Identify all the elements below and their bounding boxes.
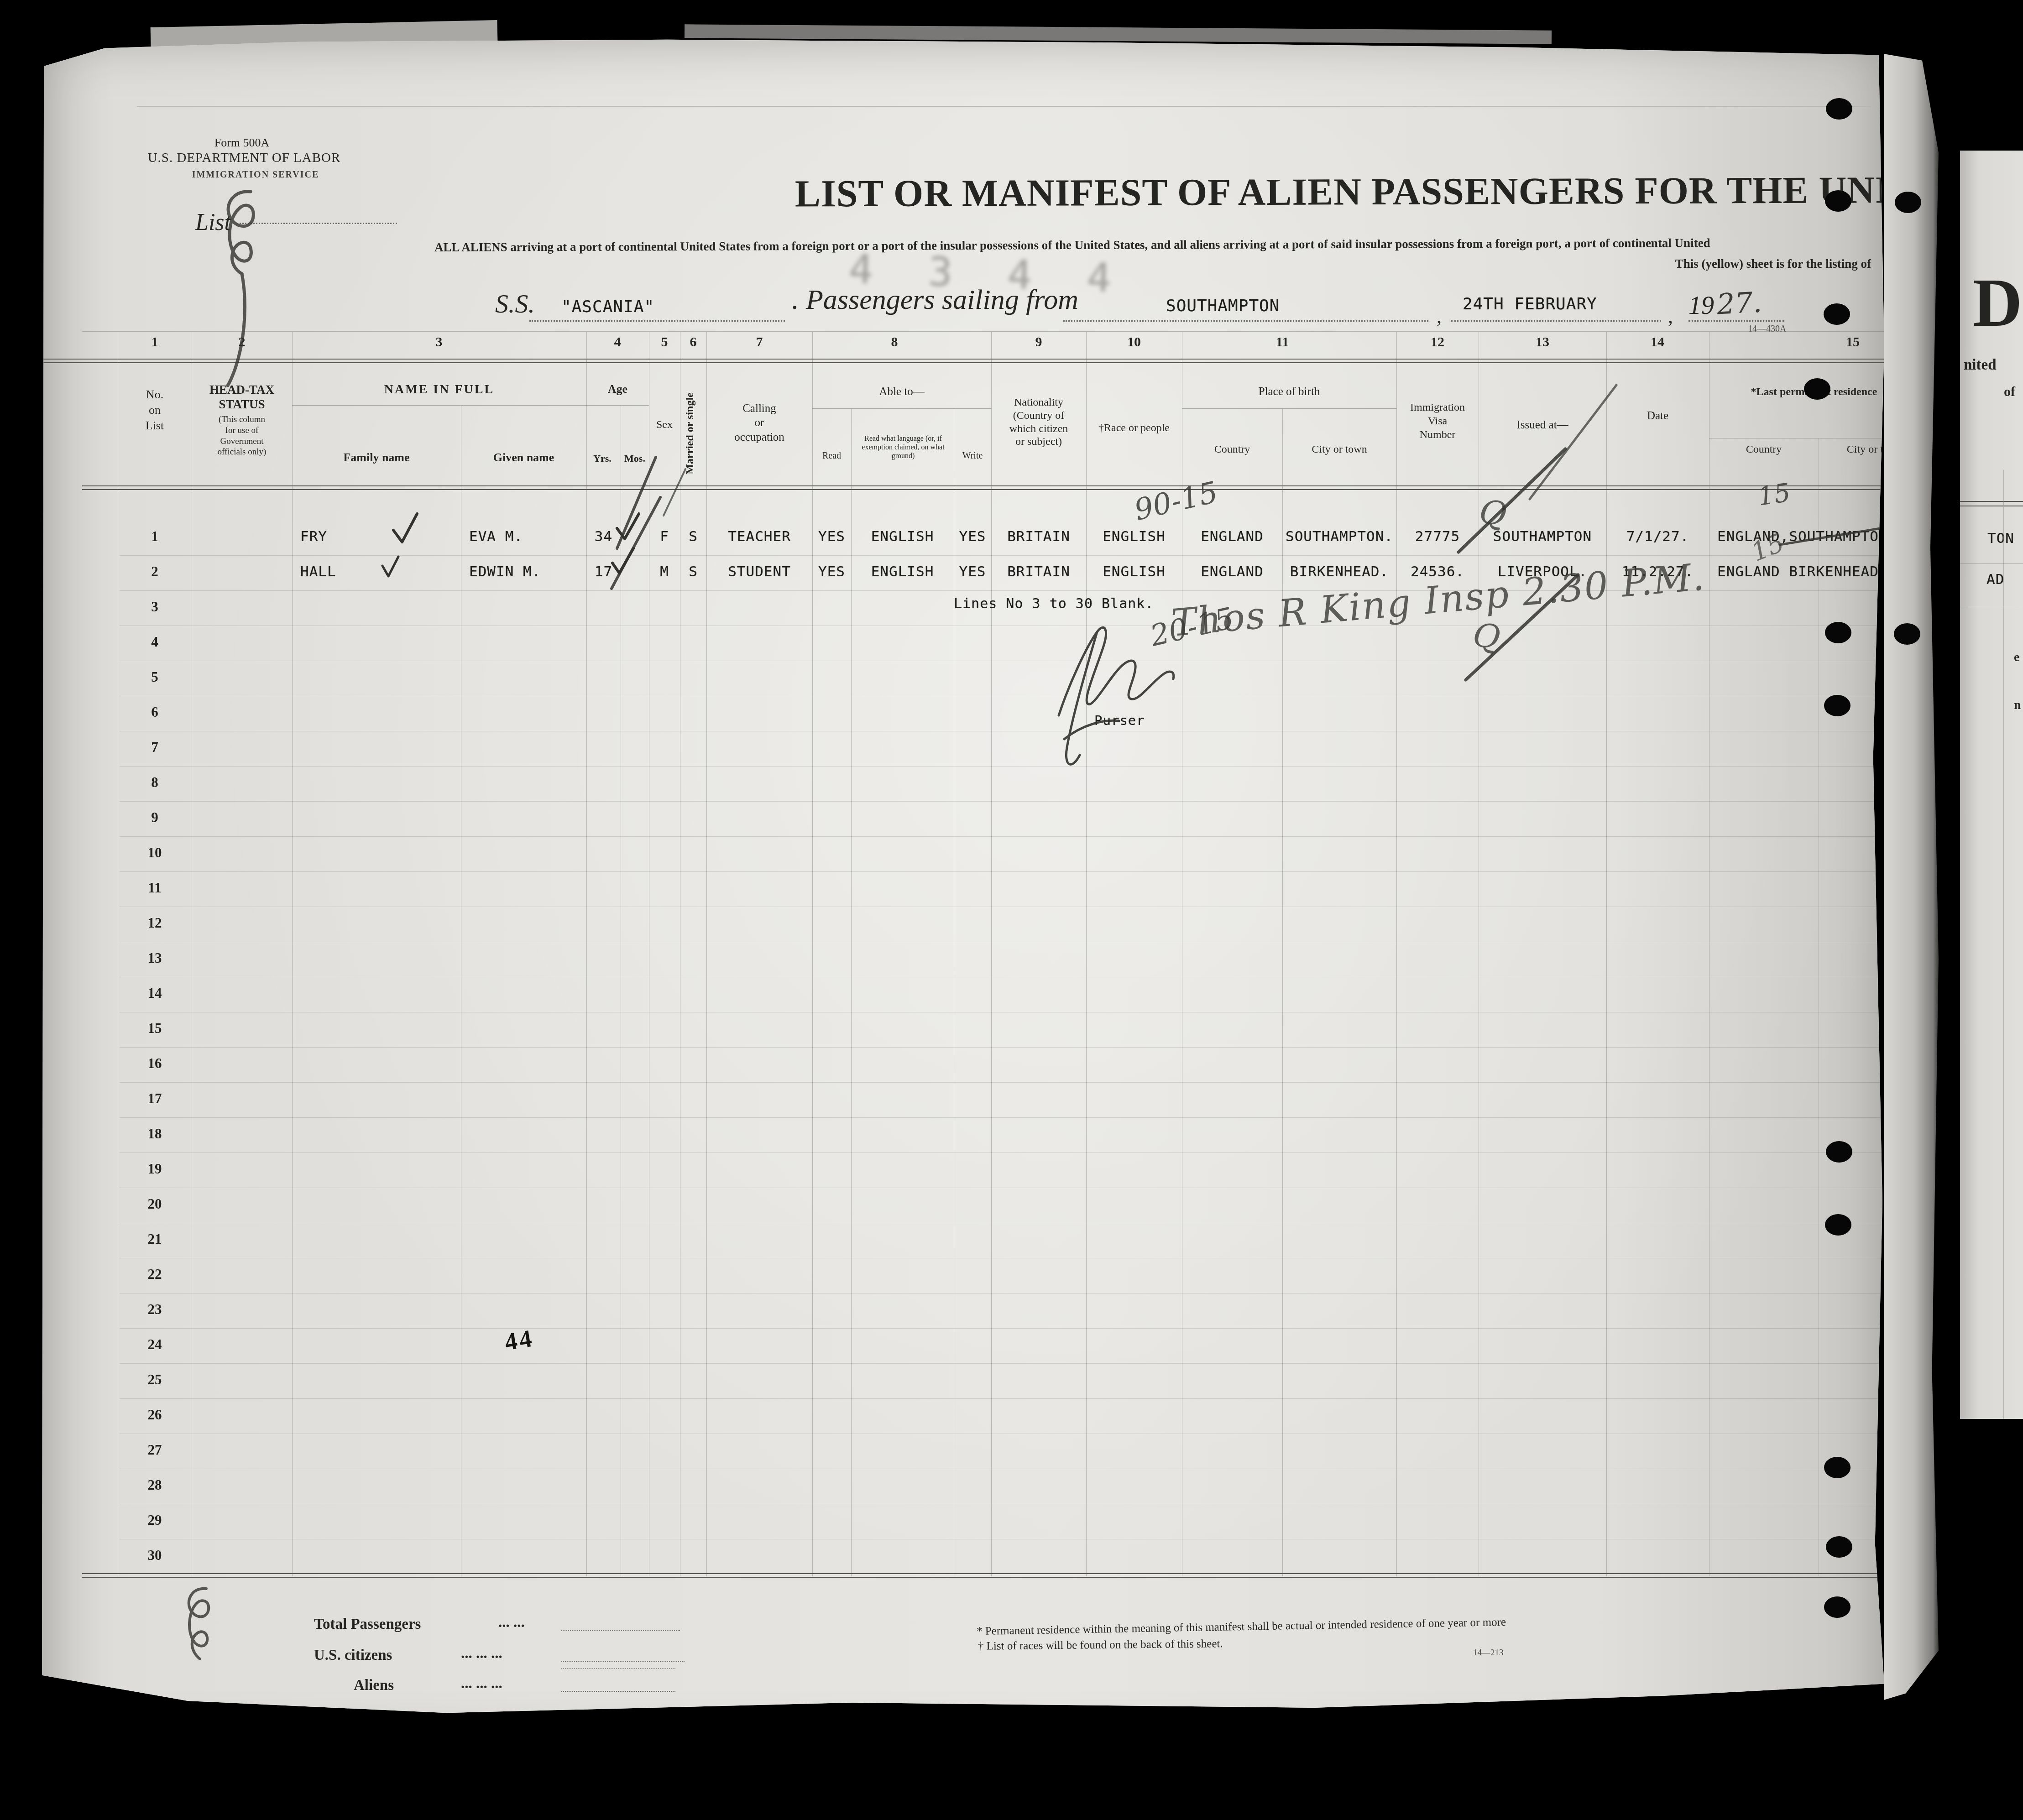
row-2-family: HALL — [292, 563, 469, 580]
row-number: 7 — [118, 739, 192, 756]
blank-lines-note: Lines No 3 to 30 Blank. — [954, 596, 1154, 612]
us-line — [561, 1661, 685, 1662]
header-date: Date — [1606, 410, 1709, 422]
list-number-8-bottom-script — [189, 1589, 209, 1659]
next-page-title-fragment: D — [1973, 264, 2022, 342]
row-2-read: YES — [812, 563, 851, 580]
row-number: 4 — [118, 634, 192, 650]
column-number: 12 — [1410, 334, 1465, 350]
row-rule — [120, 766, 1885, 767]
header-residence-country: Country — [1709, 443, 1819, 456]
header-sex: Sex — [649, 419, 680, 431]
header-read: Read — [812, 451, 851, 461]
year-handwritten: 27. — [1716, 285, 1762, 321]
group-underline — [812, 408, 991, 409]
row-number: 28 — [118, 1477, 192, 1493]
column-rule — [812, 332, 813, 1576]
row-2-given: EDWIN M. — [461, 563, 595, 580]
column-rule — [192, 332, 192, 1576]
page-curl-edge — [1884, 54, 1939, 1700]
row-rule — [120, 1293, 1885, 1293]
column-number: 3 — [412, 334, 466, 350]
list-dotted-line — [240, 223, 397, 224]
next-page-sliver: D nited of TON AD e n — [1960, 151, 2023, 1419]
row-number: 19 — [118, 1161, 192, 1177]
next-page-value-fragment: TON — [1987, 530, 2014, 547]
row-number: 14 — [118, 985, 192, 1001]
next-page-text-fragment: of — [2004, 384, 2015, 400]
punch-hole — [1825, 1214, 1851, 1236]
column-number: 8 — [867, 334, 922, 350]
row-number: 24 — [118, 1336, 192, 1353]
punch-hole — [1824, 1596, 1850, 1618]
row-2-race: ENGLISH — [1086, 563, 1182, 580]
row-number: 16 — [118, 1055, 192, 1072]
table-top-rule — [82, 331, 1885, 332]
port-dotted-line — [1063, 320, 1428, 322]
row-number: 3 — [118, 599, 192, 615]
header-birth-city: City or town — [1282, 443, 1396, 456]
row-1-ms: S — [680, 528, 706, 545]
row-1-yrs: 34 — [586, 528, 621, 545]
service-name: IMMIGRATION SERVICE — [192, 170, 319, 180]
row-2-calling: STUDENT — [706, 563, 812, 580]
row-number: 30 — [118, 1547, 192, 1564]
row-2-write: YES — [954, 563, 991, 580]
header-headtax-note: (This column for use of Government offic… — [192, 414, 292, 458]
row-1-family: FRY — [292, 528, 469, 545]
column-number: 2 — [214, 334, 269, 350]
residence-mark-row1: 15 — [1756, 478, 1793, 511]
row-number: 6 — [118, 704, 192, 720]
row-rule — [120, 1223, 1885, 1223]
subcolumn-rule — [1819, 438, 1819, 1576]
list-label: List — [195, 209, 231, 236]
row-number: 22 — [118, 1266, 192, 1283]
row-rule — [120, 942, 1885, 942]
column-rule — [706, 332, 707, 1576]
row-rule — [120, 1012, 1885, 1012]
column-number: 9 — [1011, 334, 1066, 350]
row-2-b_country: ENGLAND — [1182, 563, 1282, 580]
page-title: LIST OR MANIFEST OF ALIEN PASSENGERS FOR… — [795, 168, 1971, 216]
row-number: 8 — [118, 774, 192, 791]
row-1-date: 7/1/27. — [1606, 528, 1709, 545]
header-nationality: Nationality (Country of which citizen or… — [991, 396, 1086, 448]
total-passengers-label: Total Passengers — [314, 1616, 421, 1633]
next-page-rule — [1960, 563, 2023, 564]
group-underline — [1182, 408, 1396, 409]
header-name-in-full: NAME IN FULL — [292, 382, 586, 397]
row-rule — [120, 1539, 1885, 1539]
row-1-write: YES — [954, 528, 991, 545]
column-rule — [1086, 332, 1087, 1576]
row-1-lang: ENGLISH — [851, 528, 954, 545]
row-rule — [120, 1152, 1885, 1153]
sheet-top-edge — [137, 106, 1871, 107]
row-rule — [120, 1188, 1885, 1188]
header-place-of-birth: Place of birth — [1182, 386, 1396, 398]
column-rule — [1396, 332, 1397, 1576]
punch-hole — [1826, 98, 1852, 120]
row-rule — [120, 801, 1885, 802]
header-family-name: Family name — [292, 451, 461, 464]
row-rule — [120, 871, 1885, 872]
subcolumn-rule — [621, 405, 621, 1576]
next-page-rule — [1960, 506, 2023, 506]
punch-hole — [1826, 1141, 1852, 1163]
row-number: 20 — [118, 1196, 192, 1212]
column-rule — [292, 332, 293, 1576]
comma: , — [1668, 305, 1673, 328]
row-1-read: YES — [812, 528, 851, 545]
column-rule — [1182, 332, 1182, 1576]
pen-slash-header-issued — [1530, 385, 1616, 499]
column-rule — [1606, 332, 1607, 1576]
header-married-or-single: Married or single — [684, 365, 702, 502]
row-number: 5 — [118, 669, 192, 685]
header-read-language: Read what language (or, if exemption cla… — [854, 434, 952, 461]
subcolumn-rule — [954, 408, 954, 1576]
year-dotted-line — [1688, 320, 1784, 322]
row-rule — [120, 661, 1885, 661]
form-code-bottom: 14—213 — [1473, 1648, 1504, 1658]
column-number: 1 — [127, 334, 182, 350]
visa-mark-row2: Q — [1470, 615, 1503, 657]
column-rule — [649, 332, 649, 1576]
aliens-line — [561, 1691, 675, 1692]
row-rule — [120, 626, 1885, 626]
double-rule — [82, 485, 1885, 486]
header-yrs: Yrs. — [584, 453, 621, 464]
column-rule — [991, 332, 992, 1576]
header-no-on-list: No. on List — [118, 387, 192, 433]
row-rule — [120, 1328, 1885, 1329]
punch-hole — [1826, 1536, 1852, 1558]
row-2-nat: BRITAIN — [991, 563, 1086, 580]
department-name: U.S. DEPARTMENT OF LABOR — [137, 151, 351, 166]
row-rule — [120, 1258, 1885, 1258]
row-number: 12 — [118, 915, 192, 931]
row-rule — [120, 907, 1885, 907]
group-underline — [1709, 438, 1885, 438]
row-2-ms: S — [680, 563, 706, 580]
row-1-b_city: SOUTHAMPTON. — [1282, 528, 1396, 545]
row-number: 2 — [118, 563, 192, 580]
header-visa-number: Immigration Visa Number — [1396, 401, 1479, 442]
row-1-visa: 27775 — [1396, 528, 1479, 545]
punch-hole — [1824, 695, 1850, 716]
header-headtax: HEAD-TAX STATUS — [192, 382, 292, 412]
punch-hole — [1825, 190, 1851, 212]
next-page-value-fragment: AD — [1986, 571, 2004, 588]
next-page-text-fragment: e — [2014, 650, 2019, 665]
column-rule — [680, 332, 680, 1576]
next-page-text-fragment: nited — [1964, 357, 1997, 374]
row-rule — [120, 696, 1885, 696]
aliens-label: Aliens — [354, 1677, 394, 1694]
double-rule — [82, 1573, 1885, 1574]
row-rule — [120, 731, 1885, 731]
row-rule — [120, 1082, 1885, 1083]
purser-label: Purser — [1094, 713, 1145, 728]
double-rule — [82, 489, 1885, 490]
row-number: 23 — [118, 1301, 192, 1318]
footnote-races: † List of races will be found on the bac… — [978, 1637, 1223, 1653]
subcolumn-rule — [851, 408, 852, 1576]
header-write: Write — [953, 451, 992, 461]
row-rule — [120, 1434, 1885, 1434]
double-rule — [82, 1577, 1885, 1578]
date-dotted-line — [1451, 320, 1661, 322]
footnote-permanent-residence: * Permanent residence within the meaning… — [977, 1616, 1506, 1638]
row-number: 1 — [118, 528, 192, 545]
pen-slash-header-sex — [664, 469, 685, 516]
next-page-text-fragment: n — [2014, 698, 2021, 713]
row-rule — [120, 1398, 1885, 1399]
aliens-dots: ... ... ... — [461, 1675, 502, 1692]
punch-hole — [1824, 303, 1850, 325]
comma: , — [1437, 305, 1442, 328]
row-2-yrs: 17 — [586, 563, 621, 580]
subtitle-line1: ALL ALIENS arriving at a port of contine… — [434, 236, 1710, 255]
subtitle-line2: This (yellow) sheet is for the listing o… — [1323, 257, 1871, 271]
row-2-lang: ENGLISH — [851, 563, 954, 580]
ship-name: "ASCANIA" — [561, 297, 654, 316]
row-rule — [120, 836, 1885, 837]
port-name: SOUTHAMPTON — [1166, 297, 1280, 315]
punch-hole — [1804, 378, 1830, 400]
headtax-annotation-row1: 90-15 — [1131, 475, 1221, 527]
total-line — [561, 1630, 680, 1631]
column-number: 15 — [1825, 334, 1880, 350]
row-number: 18 — [118, 1126, 192, 1142]
header-mos: Mos. — [620, 453, 650, 464]
row-number: 10 — [118, 845, 192, 861]
us-line2 — [561, 1668, 675, 1669]
form-number: Form 500A — [192, 136, 292, 150]
row-2-b_city: BIRKENHEAD. — [1282, 563, 1396, 580]
list-number-8-script — [228, 192, 253, 386]
column-number: 6 — [666, 334, 721, 350]
subcolumn-rule — [461, 405, 461, 1576]
row-number: 27 — [118, 1442, 192, 1458]
header-given-name: Given name — [461, 451, 586, 464]
year-printed: 19 — [1688, 291, 1714, 320]
row-number: 17 — [118, 1090, 192, 1107]
us-citizens-label: U.S. citizens — [314, 1647, 392, 1664]
row-1-race: ENGLISH — [1086, 528, 1182, 545]
column-number: 11 — [1255, 334, 1310, 350]
sailing-date: 24TH FEBRUARY — [1463, 295, 1597, 313]
header-issued-at: Issued at— — [1479, 419, 1606, 432]
row-rule — [120, 1469, 1885, 1469]
row-rule — [120, 1363, 1885, 1364]
form-code-top: 14—430A — [1748, 324, 1786, 334]
column-rule — [1709, 332, 1709, 1576]
next-page-rule — [1960, 501, 2023, 502]
stamp-44: 44 — [503, 1324, 536, 1356]
header-able-to: Able to— — [812, 386, 991, 398]
header-birth-country: Country — [1182, 443, 1282, 456]
row-rule — [120, 977, 1885, 977]
header-calling: Calling or occupation — [706, 402, 812, 444]
row-number: 25 — [118, 1372, 192, 1388]
column-number: 14 — [1630, 334, 1685, 350]
ss-label: S.S. — [495, 288, 535, 319]
row-number: 13 — [118, 950, 192, 966]
header-age: Age — [586, 382, 649, 396]
double-rule — [42, 359, 1885, 360]
row-1-given: EVA M. — [461, 528, 595, 545]
group-underline — [292, 405, 649, 406]
manifest-sheet: Form 500A U.S. DEPARTMENT OF LABOR IMMIG… — [40, 39, 1886, 1749]
visa-mark-row1: Q — [1477, 492, 1509, 534]
column-number: 4 — [590, 334, 645, 350]
column-rule — [586, 332, 587, 1576]
column-number: 13 — [1515, 334, 1570, 350]
punch-hole — [1825, 622, 1851, 643]
row-1-sex: F — [649, 528, 680, 545]
row-number: 15 — [118, 1020, 192, 1037]
row-1-calling: TEACHER — [706, 528, 812, 545]
row-1-b_country: ENGLAND — [1182, 528, 1282, 545]
subcolumn-rule — [1282, 408, 1283, 1576]
row-number: 9 — [118, 809, 192, 826]
passengers-sailing-text: . Passengers sailing from — [792, 284, 1078, 316]
row-rule — [120, 1504, 1885, 1504]
row-number: 29 — [118, 1512, 192, 1528]
row-1-nat: BRITAIN — [991, 528, 1086, 545]
row-number: 21 — [118, 1231, 192, 1247]
row-rule — [120, 1117, 1885, 1118]
total-passengers-dots: ... ... — [498, 1614, 525, 1631]
next-page-rule — [1960, 607, 2023, 607]
row-2-sex: M — [649, 563, 680, 580]
punch-hole — [1895, 192, 1921, 213]
double-rule — [42, 362, 1885, 363]
row-rule — [120, 1047, 1885, 1048]
next-page-rule — [2003, 470, 2004, 1419]
row-number: 26 — [118, 1407, 192, 1423]
header-race: †Race or people — [1086, 422, 1182, 434]
column-number: 10 — [1107, 334, 1161, 350]
row-number: 11 — [118, 880, 192, 896]
column-number: 7 — [732, 334, 787, 350]
scanned-manifest-page: Form 500A U.S. DEPARTMENT OF LABOR IMMIG… — [0, 0, 2023, 1820]
row-rule — [120, 555, 1885, 556]
punch-hole — [1824, 1457, 1850, 1478]
us-citizens-dots: ... ... ... — [461, 1645, 502, 1662]
punch-hole — [1894, 623, 1920, 645]
ship-dotted-line — [529, 320, 785, 322]
